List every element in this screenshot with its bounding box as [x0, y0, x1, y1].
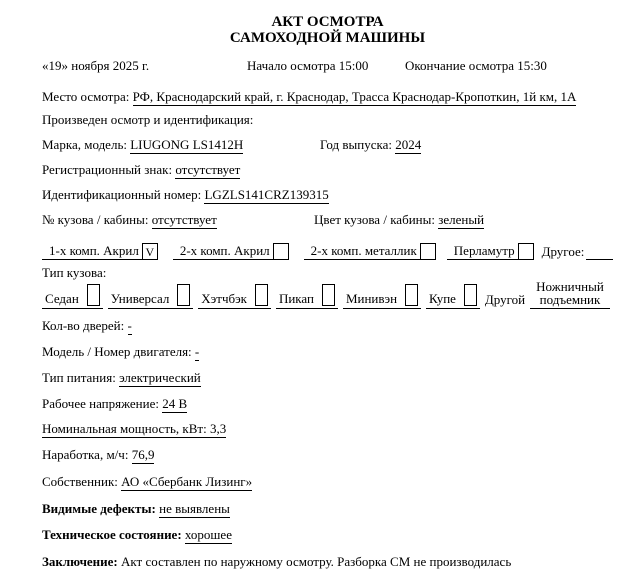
field-conclusion: Заключение: Акт составлен по наружному о… [42, 555, 613, 569]
document-page: АКТ ОСМОТРА САМОХОДНОЙ МАШИНЫ «19» ноябр… [0, 0, 632, 572]
field-conclusion-label: Заключение: [42, 554, 118, 569]
body-type-other-value: Ножничный подъемник [530, 280, 610, 309]
body-type-option-pickup: Пикап [276, 284, 338, 309]
field-place: Место осмотра: РФ, Краснодарский край, г… [42, 90, 613, 104]
field-hours-value: 76,9 [132, 447, 155, 464]
body-type-label: Тип кузова: [42, 266, 613, 280]
inspection-date: «19» ноября 2025 г. [42, 59, 149, 73]
paint-other-label: Другое: [542, 244, 585, 260]
performed-line: Произведен осмотр и идентификация: [42, 113, 613, 127]
body-type-option-coupe: Купе [426, 284, 480, 309]
title-line-2: САМОХОДНОЙ МАШИНЫ [42, 30, 613, 46]
field-nominal-power-line: Номинальная мощность, кВт: 3,3 [42, 421, 226, 438]
field-color-value: зеленый [438, 212, 484, 229]
paint-option-label: 1-х комп. Акрил [42, 243, 142, 260]
field-owner-value: АО «Сбербанк Лизинг» [121, 474, 252, 491]
field-doors: Кол-во дверей: - [42, 319, 613, 333]
paint-option-pearl: Перламутр [447, 243, 534, 260]
paint-type-row: 1-х комп. АкрилV 2-х комп. Акрил 2-х ком… [42, 243, 613, 260]
field-body-num-label: № кузова / кабины: [42, 212, 148, 227]
body-type-option-label: Седан [45, 291, 79, 306]
field-voltage-label: Рабочее напряжение: [42, 396, 159, 411]
inspection-end-time: Окончание осмотра 15:30 [405, 59, 547, 73]
field-nominal-power-value: 3,3 [210, 421, 226, 436]
field-owner-label: Собственник: [42, 474, 118, 489]
field-place-value: РФ, Краснодарский край, г. Краснодар, Тр… [133, 89, 577, 106]
checkbox-acrylic-2k [273, 243, 289, 260]
field-place-label: Место осмотра: [42, 89, 129, 104]
field-color-label: Цвет кузова / кабины: [314, 212, 435, 227]
field-color: Цвет кузова / кабины: зеленый [314, 213, 484, 227]
field-reg-value: отсутствует [175, 162, 240, 179]
field-defects-value: не выявлены [159, 501, 230, 518]
body-type-option-hatchback: Хэтчбэк [198, 284, 271, 309]
paint-other-blank-line [586, 246, 613, 260]
field-condition: Техническое состояние: хорошее [42, 528, 613, 542]
field-year-label: Год выпуска: [320, 137, 392, 152]
body-type-option-label: Купе [429, 291, 456, 306]
checkbox-minivan [405, 284, 418, 306]
field-doors-label: Кол-во дверей: [42, 318, 124, 333]
field-power-type: Тип питания: электрический [42, 371, 613, 385]
body-type-row: Седан Универсал Хэтчбэк Пикап Минивэн Ку… [42, 280, 610, 309]
date-time-row: «19» ноября 2025 г. Начало осмотра 15:00… [42, 59, 613, 73]
field-conclusion-value: Акт составлен по наружному осмотру. Разб… [121, 554, 511, 569]
paint-option-acrylic-1k: 1-х комп. АкрилV [42, 243, 158, 260]
field-body-num-value: отсутствует [152, 212, 217, 229]
checkbox-pearl [518, 243, 534, 260]
field-condition-value: хорошее [185, 527, 232, 544]
checkbox-wagon [177, 284, 190, 306]
field-defects-label: Видимые дефекты: [42, 501, 156, 516]
inspection-start-time: Начало осмотра 15:00 [247, 59, 368, 73]
field-defects: Видимые дефекты: не выявлены [42, 502, 613, 516]
body-type-option-label: Минивэн [346, 291, 397, 306]
paint-option-label: Перламутр [447, 243, 518, 260]
field-year-value: 2024 [395, 137, 421, 154]
field-engine-value: - [195, 344, 199, 361]
body-type-option-sedan: Седан [42, 284, 103, 309]
field-vin-value: LGZLS141CRZ139315 [204, 187, 328, 204]
field-engine: Модель / Номер двигателя: - [42, 345, 613, 359]
body-type-option-label: Универсал [111, 291, 170, 306]
field-vin-label: Идентификационный номер: [42, 187, 201, 202]
paint-option-metallic-2k: 2-х комп. металлик [304, 243, 436, 260]
body-type-other-label: Другой [485, 292, 525, 309]
field-engine-label: Модель / Номер двигателя: [42, 344, 192, 359]
field-bodynum-color-row: № кузова / кабины: отсутствует Цвет кузо… [42, 213, 613, 227]
field-doors-value: - [128, 318, 132, 335]
field-nominal-power: Номинальная мощность, кВт: 3,3 [42, 422, 613, 436]
checkbox-hatchback [255, 284, 268, 306]
field-power-type-label: Тип питания: [42, 370, 116, 385]
field-brand-label: Марка, модель: [42, 137, 127, 152]
checkbox-acrylic-1k: V [142, 243, 158, 260]
body-type-option-label: Пикап [279, 291, 314, 306]
field-hours-label: Наработка, м/ч: [42, 447, 128, 462]
document-title: АКТ ОСМОТРА САМОХОДНОЙ МАШИНЫ [42, 14, 613, 46]
field-voltage-value: 24 В [162, 396, 187, 413]
checkbox-pickup [322, 284, 335, 306]
field-owner: Собственник: АО «Сбербанк Лизинг» [42, 475, 613, 489]
field-hours: Наработка, м/ч: 76,9 [42, 448, 613, 462]
paint-option-acrylic-2k: 2-х комп. Акрил [173, 243, 289, 260]
checkbox-coupe [464, 284, 477, 306]
field-reg-label: Регистрационный знак: [42, 162, 172, 177]
field-reg: Регистрационный знак: отсутствует [42, 163, 613, 177]
field-power-type-value: электрический [119, 370, 201, 387]
body-type-option-wagon: Универсал [108, 284, 194, 309]
field-year: Год выпуска: 2024 [320, 138, 421, 152]
body-type-option-label: Хэтчбэк [201, 291, 247, 306]
body-type-option-minivan: Минивэн [343, 284, 421, 309]
paint-option-label: 2-х комп. металлик [304, 243, 420, 260]
field-voltage: Рабочее напряжение: 24 В [42, 397, 613, 411]
field-brand-year-row: Марка, модель: LIUGONG LS1412H Год выпус… [42, 138, 613, 152]
field-nominal-power-label: Номинальная мощность, кВт: [42, 421, 207, 436]
paint-option-label: 2-х комп. Акрил [173, 243, 273, 260]
checkbox-sedan [87, 284, 100, 306]
field-condition-label: Техническое состояние: [42, 527, 182, 542]
field-vin: Идентификационный номер: LGZLS141CRZ1393… [42, 188, 613, 202]
checkbox-metallic-2k [420, 243, 436, 260]
title-line-1: АКТ ОСМОТРА [42, 14, 613, 30]
field-brand-value: LIUGONG LS1412H [130, 137, 243, 154]
